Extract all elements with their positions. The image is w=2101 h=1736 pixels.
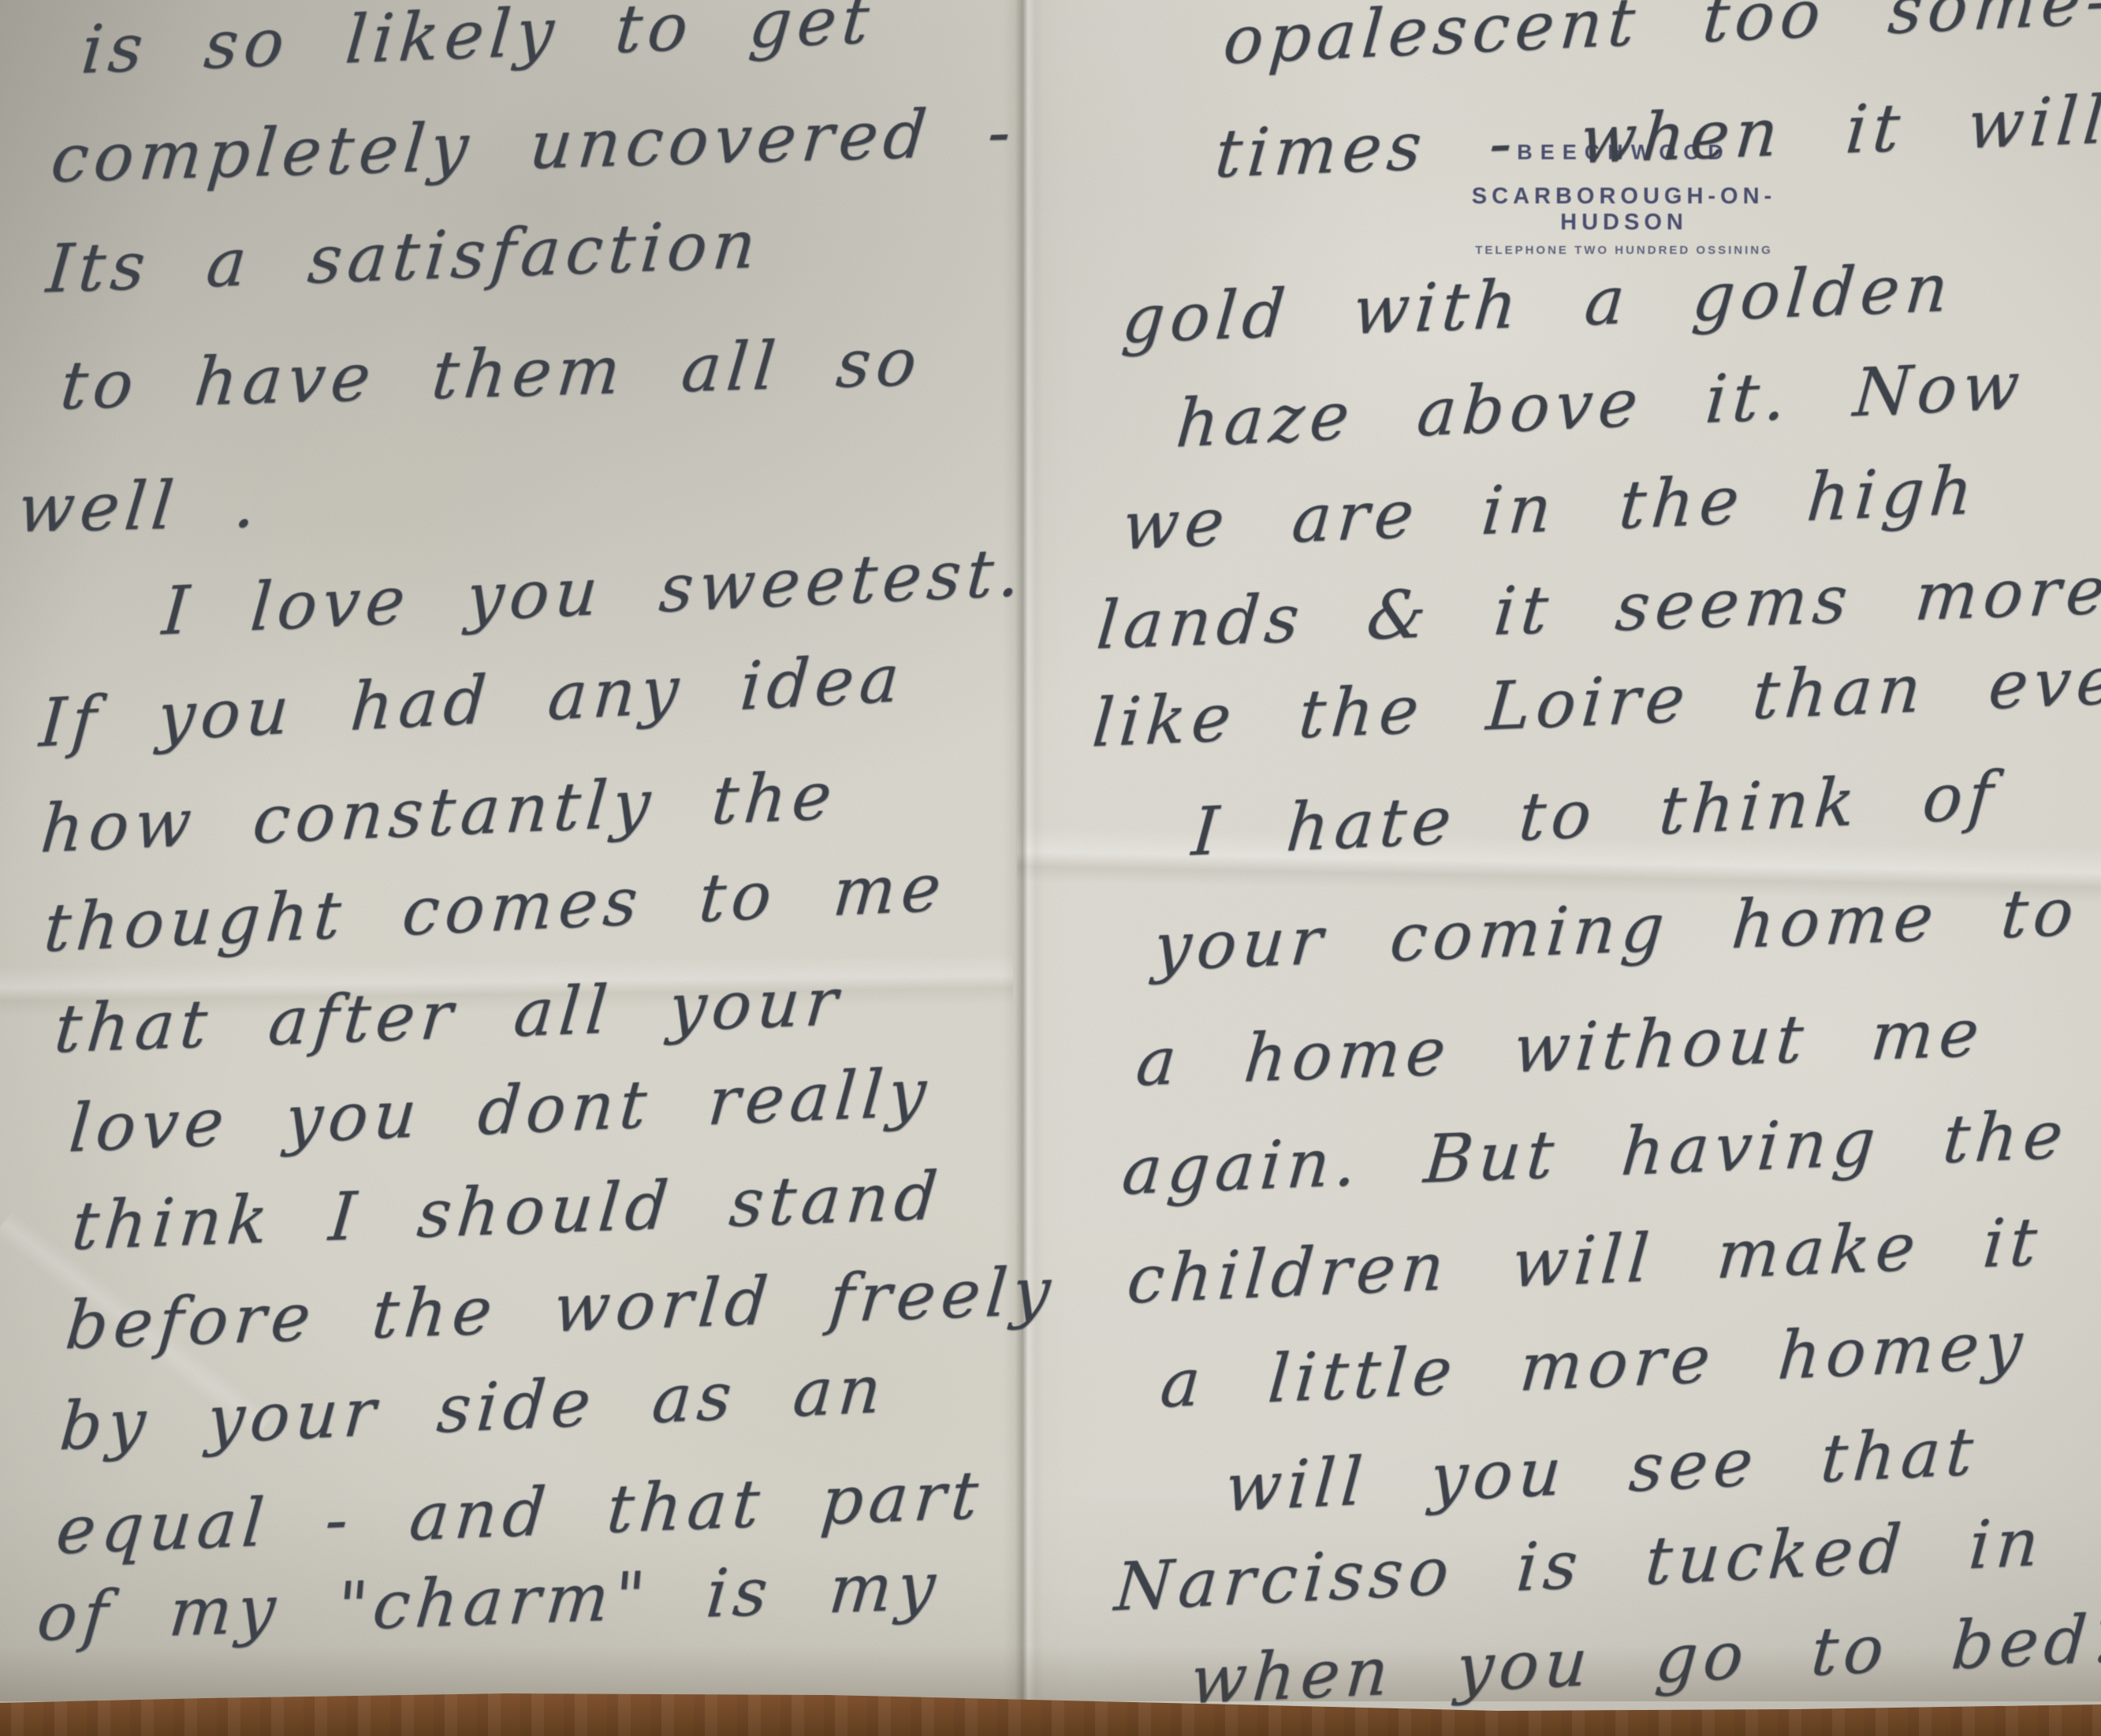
handwritten-line: lands & it seems more — [1093, 551, 2101, 664]
letter-photo: is so likely to get completely uncovered… — [0, 0, 2101, 1736]
handwritten-line: a little more homey — [1157, 1306, 2030, 1422]
handwritten-line: I hate to think of — [1189, 757, 2001, 871]
handwritten-line: gold with a golden — [1119, 249, 1957, 359]
handwritten-line: will you see that — [1223, 1412, 1981, 1526]
handwritten-line: opalescent too some- — [1220, 0, 2101, 79]
handwritten-line: haze above it. Now — [1173, 346, 2028, 462]
handwritten-line: children will make it — [1124, 1202, 2045, 1318]
handwritten-line: your coming home to — [1151, 873, 2082, 985]
handwritten-line: a home without me — [1133, 993, 1987, 1101]
handwritten-line: we are in the high — [1119, 452, 1981, 565]
letter-page-right: opalescent too some- times - when it wil… — [0, 0, 2101, 1736]
handwritten-line: times - when it will — [1213, 80, 2101, 192]
handwritten-line: again. But having the — [1119, 1096, 2072, 1209]
